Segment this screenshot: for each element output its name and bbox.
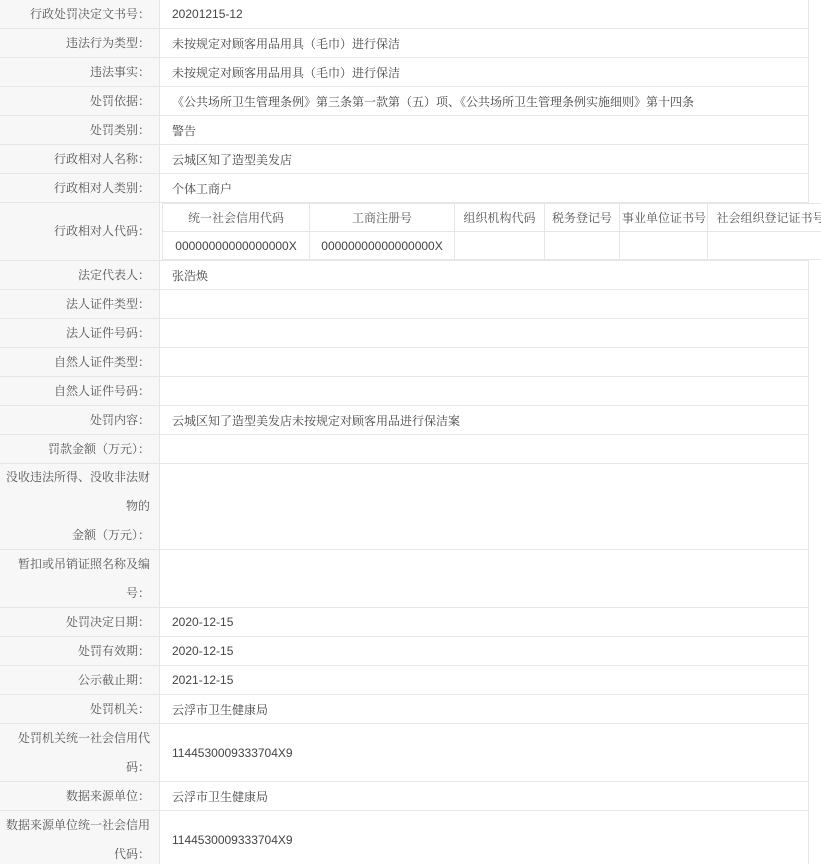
row-label: 暂扣或吊销证照名称及编 号：	[0, 550, 160, 607]
row-value: 2021-12-15	[160, 666, 808, 694]
row-value: 未按规定对顾客用品用具（毛巾）进行保洁	[160, 29, 808, 57]
row-label: 法人证件号码：	[0, 319, 160, 347]
row-label: 处罚依据：	[0, 87, 160, 115]
table-row: 行政相对人类别： 个体工商户	[0, 174, 808, 203]
table-row: 法定代表人： 张浩焕	[0, 261, 808, 290]
code-table-header: 组织机构代码	[455, 204, 545, 232]
table-row: 处罚类别： 警告	[0, 116, 808, 145]
row-value: 统一社会信用代码 工商注册号 组织机构代码 税务登记号 事业单位证书号 社会组织…	[160, 203, 821, 260]
row-value	[160, 464, 808, 549]
table-row: 公示截止期： 2021-12-15	[0, 666, 808, 695]
row-label: 公示截止期：	[0, 666, 160, 694]
table-row: 自然人证件号码：	[0, 377, 808, 406]
row-value	[160, 377, 808, 405]
row-value: 1144530009333704X9	[160, 724, 808, 781]
table-row: 处罚机关： 云浮市卫生健康局	[0, 695, 808, 724]
row-label: 处罚内容：	[0, 406, 160, 434]
table-row: 法人证件号码：	[0, 319, 808, 348]
row-value: 个体工商户	[160, 174, 808, 202]
table-row: 自然人证件类型：	[0, 348, 808, 377]
penalty-detail-page: 行政处罚决定文书号： 20201215-12 违法行为类型： 未按规定对顾客用品…	[0, 0, 821, 864]
code-table-header: 税务登记号	[545, 204, 620, 232]
row-value: 2020-12-15	[160, 608, 808, 636]
row-label: 处罚机关统一社会信用代 码：	[0, 724, 160, 781]
row-value: 20201215-12	[160, 0, 808, 28]
row-label: 行政相对人名称：	[0, 145, 160, 173]
row-value	[160, 435, 808, 463]
penalty-table: 行政处罚决定文书号： 20201215-12 违法行为类型： 未按规定对顾客用品…	[0, 0, 809, 864]
row-value: 云浮市卫生健康局	[160, 695, 808, 723]
row-value: 云城区知了造型美发店	[160, 145, 808, 173]
row-value: 云城区知了造型美发店未按规定对顾客用品进行保洁案	[160, 406, 808, 434]
row-value: 张浩焕	[160, 261, 808, 289]
row-label: 行政相对人类别：	[0, 174, 160, 202]
table-row: 处罚机关统一社会信用代 码： 1144530009333704X9	[0, 724, 808, 782]
row-label: 罚款金额（万元）：	[0, 435, 160, 463]
table-row: 暂扣或吊销证照名称及编 号：	[0, 550, 808, 608]
table-row: 处罚有效期： 2020-12-15	[0, 637, 808, 666]
row-value	[160, 290, 808, 318]
table-row: 法人证件类型：	[0, 290, 808, 319]
table-row: 数据来源单位统一社会信用 代码： 1144530009333704X9	[0, 811, 808, 864]
row-value: 未按规定对顾客用品用具（毛巾）进行保洁	[160, 58, 808, 86]
row-label: 处罚有效期：	[0, 637, 160, 665]
table-row: 违法行为类型： 未按规定对顾客用品用具（毛巾）进行保洁	[0, 29, 808, 58]
row-label: 数据来源单位统一社会信用 代码：	[0, 811, 160, 864]
row-label: 自然人证件类型：	[0, 348, 160, 376]
code-table-header: 事业单位证书号	[620, 204, 708, 232]
row-label: 违法事实：	[0, 58, 160, 86]
table-row: 处罚内容： 云城区知了造型美发店未按规定对顾客用品进行保洁案	[0, 406, 808, 435]
row-label: 法人证件类型：	[0, 290, 160, 318]
code-table-cell	[545, 232, 620, 260]
row-label: 自然人证件号码：	[0, 377, 160, 405]
row-value	[160, 550, 808, 607]
row-label: 违法行为类型：	[0, 29, 160, 57]
table-row: 处罚依据： 《公共场所卫生管理条例》第三条第一款第（五）项、《公共场所卫生管理条…	[0, 87, 808, 116]
code-table-header: 社会组织登记证书号	[708, 204, 821, 232]
table-row: 处罚决定日期： 2020-12-15	[0, 608, 808, 637]
row-value	[160, 319, 808, 347]
code-table-cell	[708, 232, 821, 260]
row-label: 行政处罚决定文书号：	[0, 0, 160, 28]
code-table-header: 工商注册号	[310, 204, 455, 232]
row-value: 警告	[160, 116, 808, 144]
row-label: 法定代表人：	[0, 261, 160, 289]
table-row: 没收违法所得、没收非法财 物的 金额（万元）：	[0, 464, 808, 550]
code-table-cell	[620, 232, 708, 260]
table-row: 违法事实： 未按规定对顾客用品用具（毛巾）进行保洁	[0, 58, 808, 87]
code-table-cell: 00000000000000000X	[163, 232, 310, 260]
row-value: 1144530009333704X9	[160, 811, 808, 864]
row-value: 2020-12-15	[160, 637, 808, 665]
row-value: 《公共场所卫生管理条例》第三条第一款第（五）项、《公共场所卫生管理条例实施细则》…	[160, 87, 808, 115]
code-table-value-row: 00000000000000000X 00000000000000000X	[163, 232, 821, 260]
row-label: 处罚类别：	[0, 116, 160, 144]
code-table-header: 统一社会信用代码	[163, 204, 310, 232]
row-label: 处罚机关：	[0, 695, 160, 723]
code-table-cell: 00000000000000000X	[310, 232, 455, 260]
table-row: 行政处罚决定文书号： 20201215-12	[0, 0, 808, 29]
row-label: 没收违法所得、没收非法财 物的 金额（万元）：	[0, 464, 160, 549]
table-row: 罚款金额（万元）：	[0, 435, 808, 464]
row-label: 处罚决定日期：	[0, 608, 160, 636]
code-table-cell	[455, 232, 545, 260]
code-table-header-row: 统一社会信用代码 工商注册号 组织机构代码 税务登记号 事业单位证书号 社会组织…	[163, 204, 821, 232]
code-table: 统一社会信用代码 工商注册号 组织机构代码 税务登记号 事业单位证书号 社会组织…	[162, 203, 821, 260]
table-row: 行政相对人代码： 统一社会信用代码 工商注册号 组织机构代码 税务登记号 事业单…	[0, 203, 808, 261]
table-row: 数据来源单位： 云浮市卫生健康局	[0, 782, 808, 811]
table-row: 行政相对人名称： 云城区知了造型美发店	[0, 145, 808, 174]
row-label: 数据来源单位：	[0, 782, 160, 810]
row-value: 云浮市卫生健康局	[160, 782, 808, 810]
row-label: 行政相对人代码：	[0, 203, 160, 260]
row-value	[160, 348, 808, 376]
